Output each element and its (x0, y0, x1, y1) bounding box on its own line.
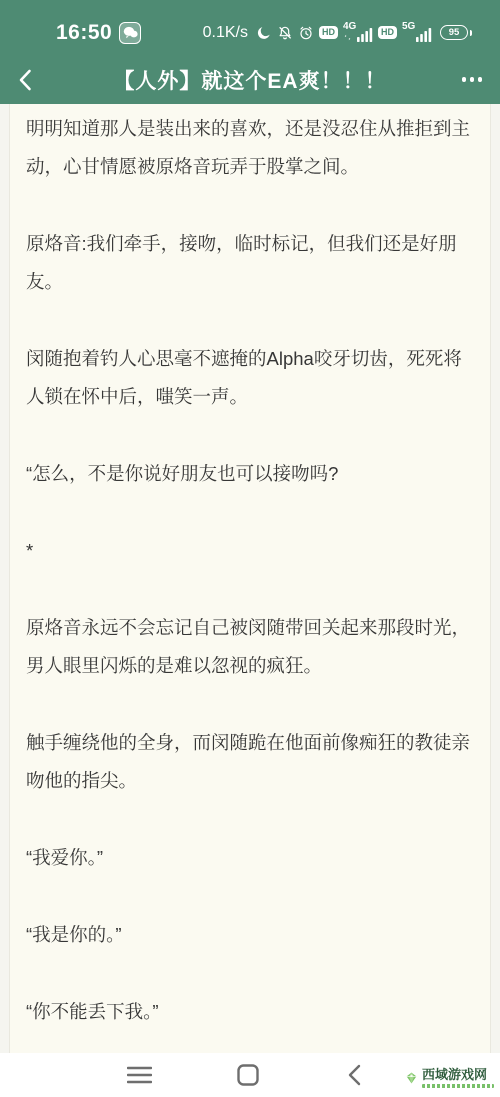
data-arrows-icon (344, 34, 351, 41)
alarm-clock-icon (298, 25, 314, 41)
hd-icon: HD (378, 26, 397, 39)
paragraph: 明明知道那人是装出来的喜欢，还是没忍住从推拒到主动，心甘情愿被原烙音玩弄于股掌之… (26, 110, 474, 186)
gem-icon (405, 1067, 418, 1089)
paragraph: 原烙音永远不会忘记自己被闵随带回关起来那段时光，男人眼里闪烁的是难以忽视的疯狂。 (26, 609, 474, 685)
paragraph: * (26, 532, 474, 570)
paragraph: “你不能丢下我。” (26, 993, 474, 1031)
dnd-moon-icon (256, 25, 272, 41)
nav-back-button[interactable] (347, 1064, 361, 1086)
battery-icon: 95 (440, 25, 472, 40)
network-type-label: 4G (343, 22, 356, 32)
battery-level: 95 (449, 27, 460, 38)
watermark-subtext (422, 1084, 494, 1088)
more-menu-button[interactable] (448, 77, 482, 82)
signal-bars-icon (416, 28, 432, 42)
more-dots-icon (470, 77, 475, 82)
page-title: 【人外】就这个EA爽！！！ (52, 65, 448, 95)
back-button[interactable] (18, 69, 52, 91)
app-header: 16:50 0.1K/s (0, 0, 500, 104)
status-bar: 16:50 0.1K/s (0, 0, 500, 55)
watermark: 西域游戏网 (398, 1058, 500, 1097)
chevron-left-icon (18, 69, 32, 91)
mute-bell-icon (277, 25, 293, 41)
paragraph: “我爱你。” (26, 839, 474, 877)
paragraph: 原烙音:我们牵手，接吻，临时标记，但我们还是好朋友。 (26, 225, 474, 301)
chevron-left-icon (347, 1064, 361, 1086)
watermark-text: 西域游戏网 (422, 1067, 494, 1082)
network-type-label: 5G (402, 22, 415, 32)
signal-bars-icon (357, 28, 373, 42)
nav-menu-button[interactable] (127, 1066, 152, 1084)
nav-home-button[interactable] (237, 1064, 259, 1086)
paragraph: 闵随抱着钓人心思毫不遮掩的Alpha咬牙切齿，死死将人锁在怀中后，嗤笑一声。 (26, 340, 474, 416)
network-speed-text: 0.1K/s (203, 24, 248, 42)
reader-content: 明明知道那人是装出来的喜欢，还是没忍住从推拒到主动，心甘情愿被原烙音玩弄于股掌之… (9, 104, 491, 1053)
signal-4g: 4G (343, 23, 373, 42)
paragraph: “我是你的。” (26, 916, 474, 954)
home-square-icon (237, 1064, 259, 1086)
hd-icon: HD (319, 26, 338, 39)
paragraph: “怎么，不是你说好朋友也可以接吻吗? (26, 455, 474, 493)
more-dots-icon (478, 77, 483, 82)
hamburger-menu-icon (127, 1066, 152, 1084)
wechat-icon (119, 22, 141, 44)
content-area: 明明知道那人是装出来的喜欢，还是没忍住从推拒到主动，心甘情愿被原烙音玩弄于股掌之… (0, 104, 500, 1053)
signal-5g: 5G (402, 23, 432, 42)
title-bar: 【人外】就这个EA爽！！！ (0, 55, 500, 104)
clock-time: 16:50 (56, 21, 112, 45)
paragraph: 触手缠绕他的全身，而闵随跪在他面前像痴狂的教徒亲吻他的指尖。 (26, 724, 474, 800)
more-dots-icon (462, 77, 467, 82)
